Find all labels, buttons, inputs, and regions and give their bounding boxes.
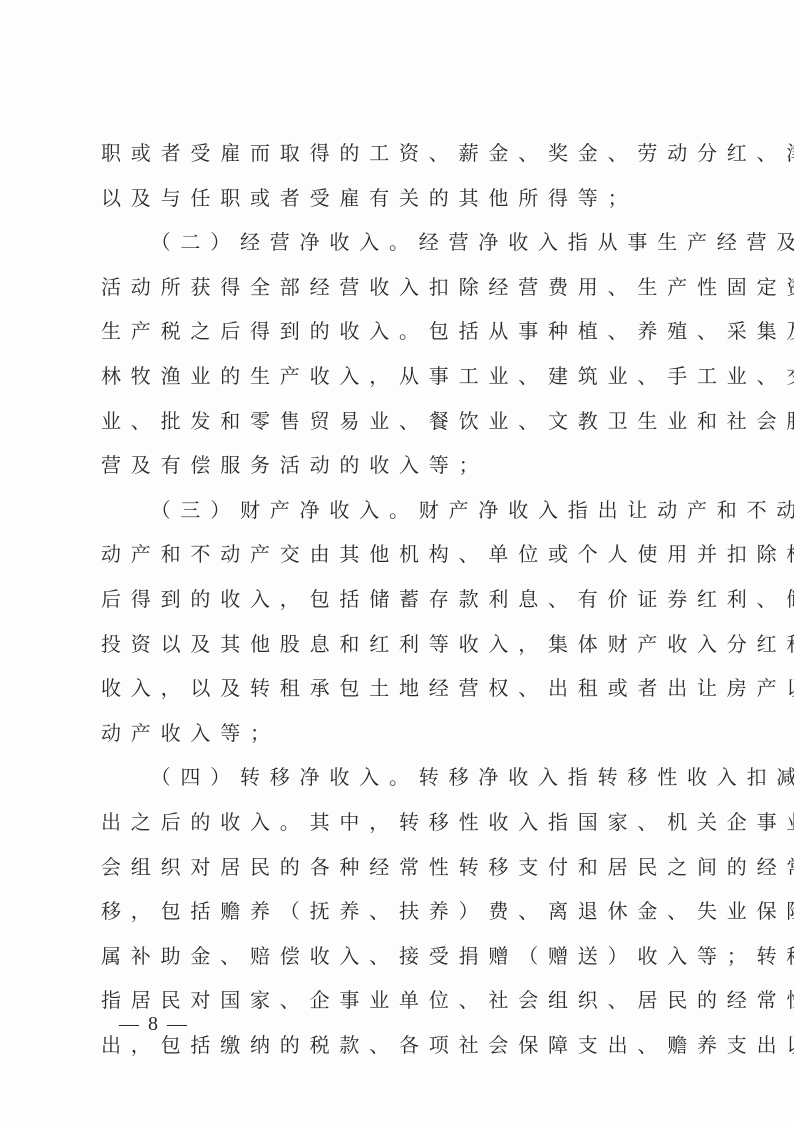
text-line: （三）财产净收入。财产净收入指出让动产和不动产，或将 xyxy=(101,488,701,533)
text-line: 营及有偿服务活动的收入等； xyxy=(101,443,701,488)
text-line: 出，包括缴纳的税款、各项社会保障支出、赡养支出以及其他经 xyxy=(101,1023,701,1068)
text-line: 会组织对居民的各种经常性转移支付和居民之间的经常性收入转 xyxy=(101,845,701,890)
text-line: 指居民对国家、企事业单位、社会组织、居民的经常性转移支 xyxy=(101,978,701,1023)
text-line: 投资以及其他股息和红利等收入，集体财产收入分红和其他动产 xyxy=(101,622,701,667)
text-line: 活动所获得全部经营收入扣除经营费用、生产性固定资产折旧和 xyxy=(101,265,701,310)
text-line: 动产和不动产交由其他机构、单位或个人使用并扣除相关费用之 xyxy=(101,532,701,577)
text-line: 属补助金、赔偿收入、接受捐赠（赠送）收入等；转移性支出 xyxy=(101,934,701,979)
text-line: 后得到的收入，包括储蓄存款利息、有价证券红利、储蓄性保险 xyxy=(101,577,701,622)
text-line: （四）转移净收入。转移净收入指转移性收入扣减转移性支 xyxy=(101,755,701,800)
document-page: 职或者受雇而取得的工资、薪金、奖金、劳动分红、津贴、补贴 以及与任职或者受雇有关… xyxy=(0,0,794,1122)
text-line: 以及与任职或者受雇有关的其他所得等； xyxy=(101,176,701,221)
text-line: （二）经营净收入。经营净收入指从事生产经营及有偿服务 xyxy=(101,220,701,265)
document-body: 职或者受雇而取得的工资、薪金、奖金、劳动分红、津贴、补贴 以及与任职或者受雇有关… xyxy=(101,131,701,1067)
text-line: 生产税之后得到的收入。包括从事种植、养殖、采集及加工等农 xyxy=(101,309,701,354)
page-number: — 8 — xyxy=(119,1013,189,1036)
text-line: 动产收入等； xyxy=(101,711,701,756)
text-line: 收入，以及转租承包土地经营权、出租或者出让房产以及其他不 xyxy=(101,666,701,711)
text-line: 林牧渔业的生产收入，从事工业、建筑业、手工业、交通运输 xyxy=(101,354,701,399)
text-line: 出之后的收入。其中，转移性收入指国家、机关企事业单位、社 xyxy=(101,800,701,845)
text-line: 职或者受雇而取得的工资、薪金、奖金、劳动分红、津贴、补贴 xyxy=(101,131,701,176)
text-line: 业、批发和零售贸易业、餐饮业、文教卫生业和社会服务业等经 xyxy=(101,399,701,444)
text-line: 移，包括赡养（抚养、扶养）费、离退休金、失业保险金、遗 xyxy=(101,889,701,934)
